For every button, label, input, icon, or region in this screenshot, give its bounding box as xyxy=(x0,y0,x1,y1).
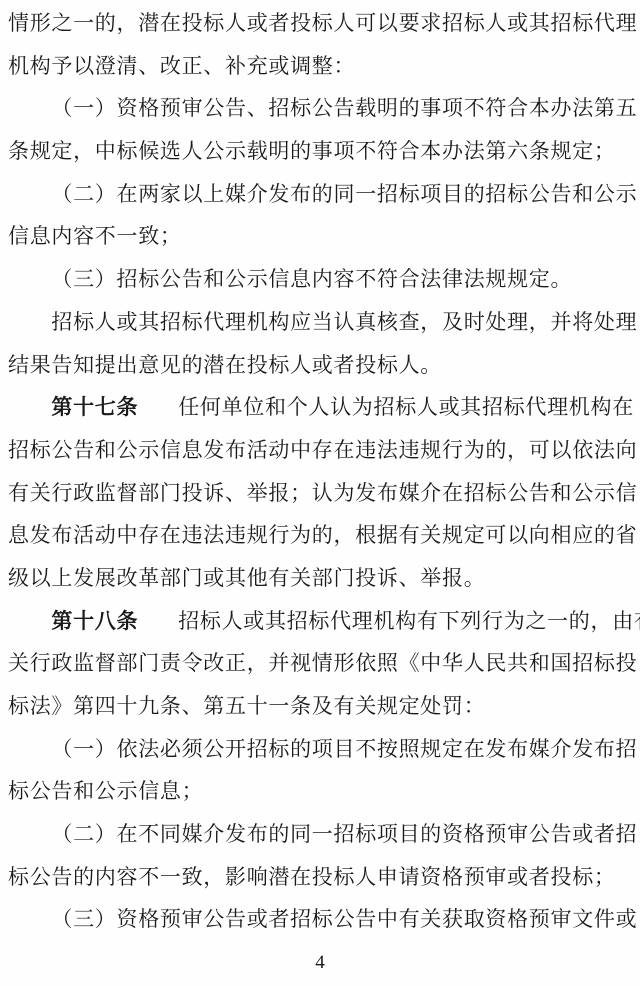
text-line: （三）招标公告和公示信息内容不符合法律法规规定。 xyxy=(8,258,633,301)
text-segment: 标公告和公示信息； xyxy=(8,779,203,803)
text-line: （二）在不同媒介发布的同一招标项目的资格预审公告或者招 xyxy=(8,813,633,856)
text-segment: 关行政监督部门责令改正，并视情形依照《中华人民共和国招标投 xyxy=(8,651,637,675)
text-line: （三）资格预审公告或者招标公告中有关获取资格预审文件或 xyxy=(8,898,633,941)
text-line: 结果告知提出意见的潜在投标人或者投标人。 xyxy=(8,344,633,387)
text-line: 标公告的内容不一致，影响潜在投标人申请资格预审或者投标； xyxy=(8,856,633,899)
text-line: 关行政监督部门责令改正，并视情形依照《中华人民共和国招标投 xyxy=(8,642,633,685)
text-segment: 招标人或其招标代理机构有下列行为之一的，由有 xyxy=(178,609,640,633)
text-line: 招标人或其招标代理机构应当认真核查，及时处理，并将处理 xyxy=(8,301,633,344)
article-number: 第十七条 xyxy=(51,395,138,419)
text-segment: 标公告的内容不一致，影响潜在投标人申请资格预审或者投标； xyxy=(8,865,616,889)
text-segment: （三）资格预审公告或者招标公告中有关获取资格预审文件或 xyxy=(51,907,637,931)
text-line: 息发布活动中存在违法违规行为的，根据有关规定可以向相应的省 xyxy=(8,514,633,557)
text-segment: 任何单位和个人认为招标人或其招标代理机构在 xyxy=(178,395,634,419)
text-segment: 级以上发展改革部门或其他有关部门投诉、举报。 xyxy=(8,566,485,590)
text-line: （二）在两家以上媒介发布的同一招标项目的招标公告和公示 xyxy=(8,173,633,216)
text-line: 有关行政监督部门投诉、举报；认为发布媒介在招标公告和公示信 xyxy=(8,472,633,515)
article-number: 第十八条 xyxy=(51,609,138,633)
text-line: 机构予以澄清、改正、补充或调整： xyxy=(8,45,633,88)
text-segment: （三）招标公告和公示信息内容不符合法律法规规定。 xyxy=(51,267,572,291)
text-segment: 招标公告和公示信息发布活动中存在违法违规行为的，可以依法向 xyxy=(8,438,637,462)
text-segment: （二）在两家以上媒介发布的同一招标项目的招标公告和公示 xyxy=(51,182,637,206)
document-page: 情形之一的，潜在投标人或者投标人可以要求招标人或其招标代理机构予以澄清、改正、补… xyxy=(0,0,640,986)
text-segment: （一）资格预审公告、招标公告载明的事项不符合本办法第五 xyxy=(51,96,637,120)
text-segment: 结果告知提出意见的潜在投标人或者投标人。 xyxy=(8,353,442,377)
text-segment: 息发布活动中存在违法违规行为的，根据有关规定可以向相应的省 xyxy=(8,523,637,547)
page-number: 4 xyxy=(0,941,640,985)
text-line: 第十八条招标人或其招标代理机构有下列行为之一的，由有 xyxy=(8,600,633,643)
text-line: 条规定，中标候选人公示载明的事项不符合本办法第六条规定； xyxy=(8,130,633,173)
text-segment: 情形之一的，潜在投标人或者投标人可以要求招标人或其招标代理 xyxy=(8,11,637,35)
text-line: 标法》第四十九条、第五十一条及有关规定处罚： xyxy=(8,685,633,728)
text-segment: 条规定，中标候选人公示载明的事项不符合本办法第六条规定； xyxy=(8,139,616,163)
text-segment: 机构予以澄清、改正、补充或调整： xyxy=(8,54,355,78)
text-line: 情形之一的，潜在投标人或者投标人可以要求招标人或其招标代理 xyxy=(8,2,633,45)
text-line: （一）依法必须公开招标的项目不按照规定在发布媒介发布招 xyxy=(8,728,633,771)
text-segment: 标法》第四十九条、第五十一条及有关规定处罚： xyxy=(8,694,485,718)
text-segment: 有关行政监督部门投诉、举报；认为发布媒介在招标公告和公示信 xyxy=(8,481,637,505)
text-line: 标公告和公示信息； xyxy=(8,770,633,813)
text-segment: 招标人或其招标代理机构应当认真核查，及时处理，并将处理 xyxy=(51,310,637,334)
text-line: 级以上发展改革部门或其他有关部门投诉、举报。 xyxy=(8,557,633,600)
text-line: （一）资格预审公告、招标公告载明的事项不符合本办法第五 xyxy=(8,87,633,130)
text-line: 信息内容不一致； xyxy=(8,215,633,258)
text-segment: （二）在不同媒介发布的同一招标项目的资格预审公告或者招 xyxy=(51,822,637,846)
text-segment: （一）依法必须公开招标的项目不按照规定在发布媒介发布招 xyxy=(51,737,637,761)
text-line: 招标公告和公示信息发布活动中存在违法违规行为的，可以依法向 xyxy=(8,429,633,472)
document-text: 情形之一的，潜在投标人或者投标人可以要求招标人或其招标代理机构予以澄清、改正、补… xyxy=(8,2,633,941)
text-segment: 信息内容不一致； xyxy=(8,224,182,248)
text-line: 第十七条任何单位和个人认为招标人或其招标代理机构在 xyxy=(8,386,633,429)
